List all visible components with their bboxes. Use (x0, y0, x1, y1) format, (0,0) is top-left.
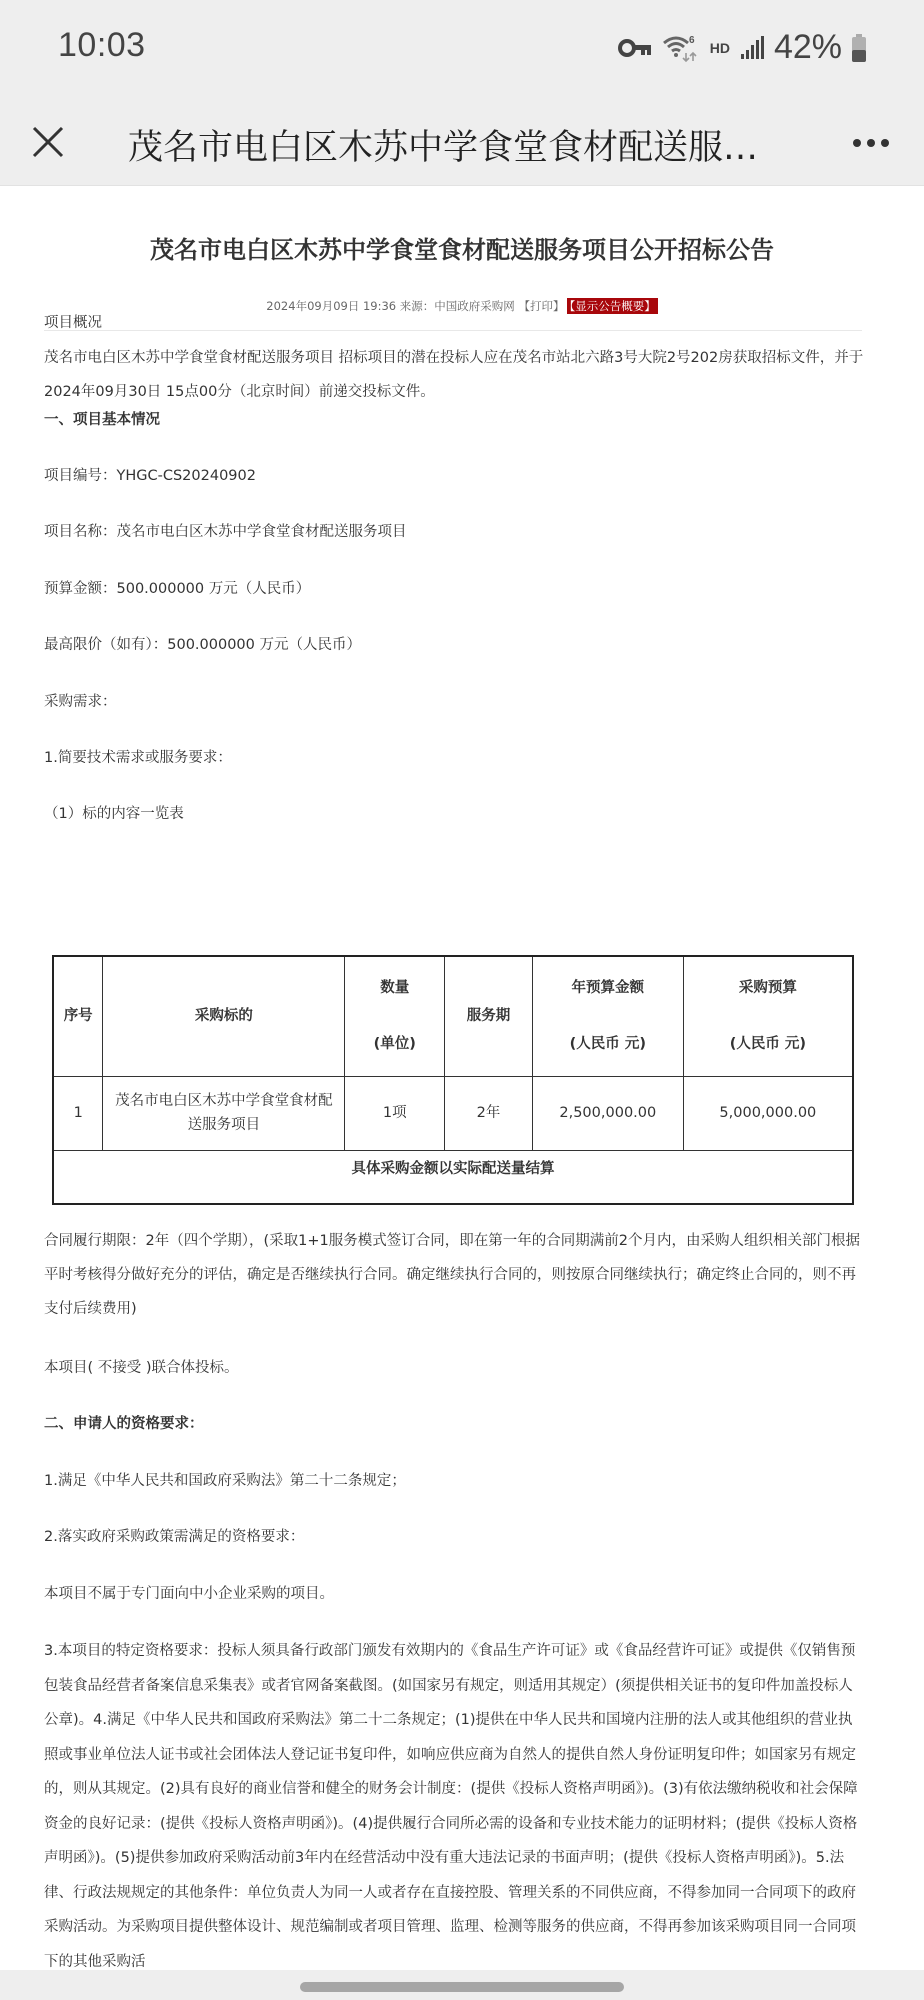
wifi-6-icon: 6 (662, 33, 700, 63)
header-qty-l2: (单位) (349, 1029, 440, 1059)
tech-requirements: 1.简要技术需求或服务要求： (44, 740, 868, 776)
header-budget-l2: (人民币 元) (688, 1029, 848, 1059)
header-annual-l2: (人民币 元) (537, 1029, 679, 1059)
table-row: 1 茂名市电白区木苏中学食堂食材配送服务项目 1项 2年 2,500,000.0… (53, 1076, 853, 1150)
consortium-note: 本项目( 不接受 )联合体投标。 (44, 1350, 868, 1386)
cell-annual: 2,500,000.00 (532, 1076, 683, 1150)
battery-percent: 42% (774, 28, 842, 67)
more-dots-icon (853, 139, 861, 147)
close-icon (31, 125, 65, 159)
article-content[interactable]: 茂名市电白区木苏中学食堂食材配送服务项目公开招标公告 2024年09月09日 1… (0, 187, 924, 2000)
requirement-1: 1.满足《中华人民共和国政府采购法》第二十二条规定； (44, 1463, 868, 1499)
hd-voice-icon: HD (710, 40, 730, 56)
overview-text: 茂名市电白区木苏中学食堂食材配送服务项目 招标项目的潜在投标人应在茂名市站北六路… (44, 341, 866, 409)
contract-term: 合同履行期限：2年（四个学期），(采取1+1服务模式签订合同，即在第一年的合同期… (44, 1224, 866, 1326)
header-annual-l1: 年预算金额 (537, 973, 679, 1003)
svg-text:6: 6 (689, 35, 695, 46)
header-qty-l1: 数量 (349, 973, 440, 1003)
cell-period: 2年 (445, 1076, 533, 1150)
header-budget: 采购预算(人民币 元) (683, 956, 853, 1076)
signal-icon (740, 36, 764, 60)
header-item: 采购标的 (103, 956, 345, 1076)
more-menu-button[interactable] (844, 120, 898, 166)
cell-item: 茂名市电白区木苏中学食堂食材配送服务项目 (103, 1076, 345, 1150)
header-seq: 序号 (53, 956, 103, 1076)
battery-icon (852, 34, 866, 62)
requirement-3-5: 3.本项目的特定资格要求：投标人须具备行政部门颁发有效期内的《食品生产许可证》或… (44, 1634, 866, 1979)
browser-toolbar: 茂名市电白区木苏中学食堂食材配送服务项目公开招标公告 (0, 100, 924, 186)
close-button[interactable] (24, 118, 72, 166)
header-budget-l1: 采购预算 (688, 973, 848, 1003)
project-number: 项目编号：YHGC-CS20240902 (44, 458, 868, 494)
table-header-row: 序号 采购标的 数量(单位) 服务期 年预算金额(人民币 元) 采购预算(人民币… (53, 956, 853, 1076)
gesture-handle[interactable] (300, 1982, 624, 1992)
max-price: 最高限价（如有）：500.000000 万元（人民币） (44, 627, 868, 663)
section-2-heading: 二、申请人的资格要求： (44, 1406, 868, 1442)
header-qty: 数量(单位) (345, 956, 445, 1076)
items-table: 序号 采购标的 数量(单位) 服务期 年预算金额(人民币 元) 采购预算(人民币… (52, 955, 854, 1205)
cell-seq: 1 (53, 1076, 103, 1150)
requirement-2: 2.落实政府采购政策需满足的资格要求： (44, 1519, 868, 1555)
header-period: 服务期 (445, 956, 533, 1076)
sme-note: 本项目不属于专门面向中小企业采购的项目。 (44, 1576, 868, 1612)
cell-qty: 1项 (345, 1076, 445, 1150)
page-title: 茂名市电白区木苏中学食堂食材配送服务项目公开招标公告 (128, 120, 768, 170)
more-dot (867, 139, 875, 147)
article-title: 茂名市电白区木苏中学食堂食材配送服务项目公开招标公告 (0, 230, 924, 265)
status-bar: 10:03 6 HD 42% (0, 0, 924, 100)
vpn-key-icon (618, 37, 652, 59)
cell-budget: 5,000,000.00 (683, 1076, 853, 1150)
table-footer-note: 具体采购金额以实际配送量结算 (53, 1150, 853, 1204)
section-1-heading: 一、项目基本情况 (44, 402, 868, 438)
system-nav-bar (0, 1970, 924, 2000)
header-annual: 年预算金额(人民币 元) (532, 956, 683, 1076)
status-time: 10:03 (58, 26, 146, 65)
procurement-needs: 采购需求： (44, 684, 868, 720)
budget-amount: 预算金额：500.000000 万元（人民币） (44, 571, 868, 607)
table-caption: （1）标的内容一览表 (44, 796, 868, 832)
table-footer-row: 具体采购金额以实际配送量结算 (53, 1150, 853, 1204)
overview-heading: 项目概况 (44, 305, 868, 341)
more-dot (881, 139, 889, 147)
project-name: 项目名称：茂名市电白区木苏中学食堂食材配送服务项目 (44, 514, 868, 550)
status-icons: 6 HD 42% (618, 28, 866, 67)
